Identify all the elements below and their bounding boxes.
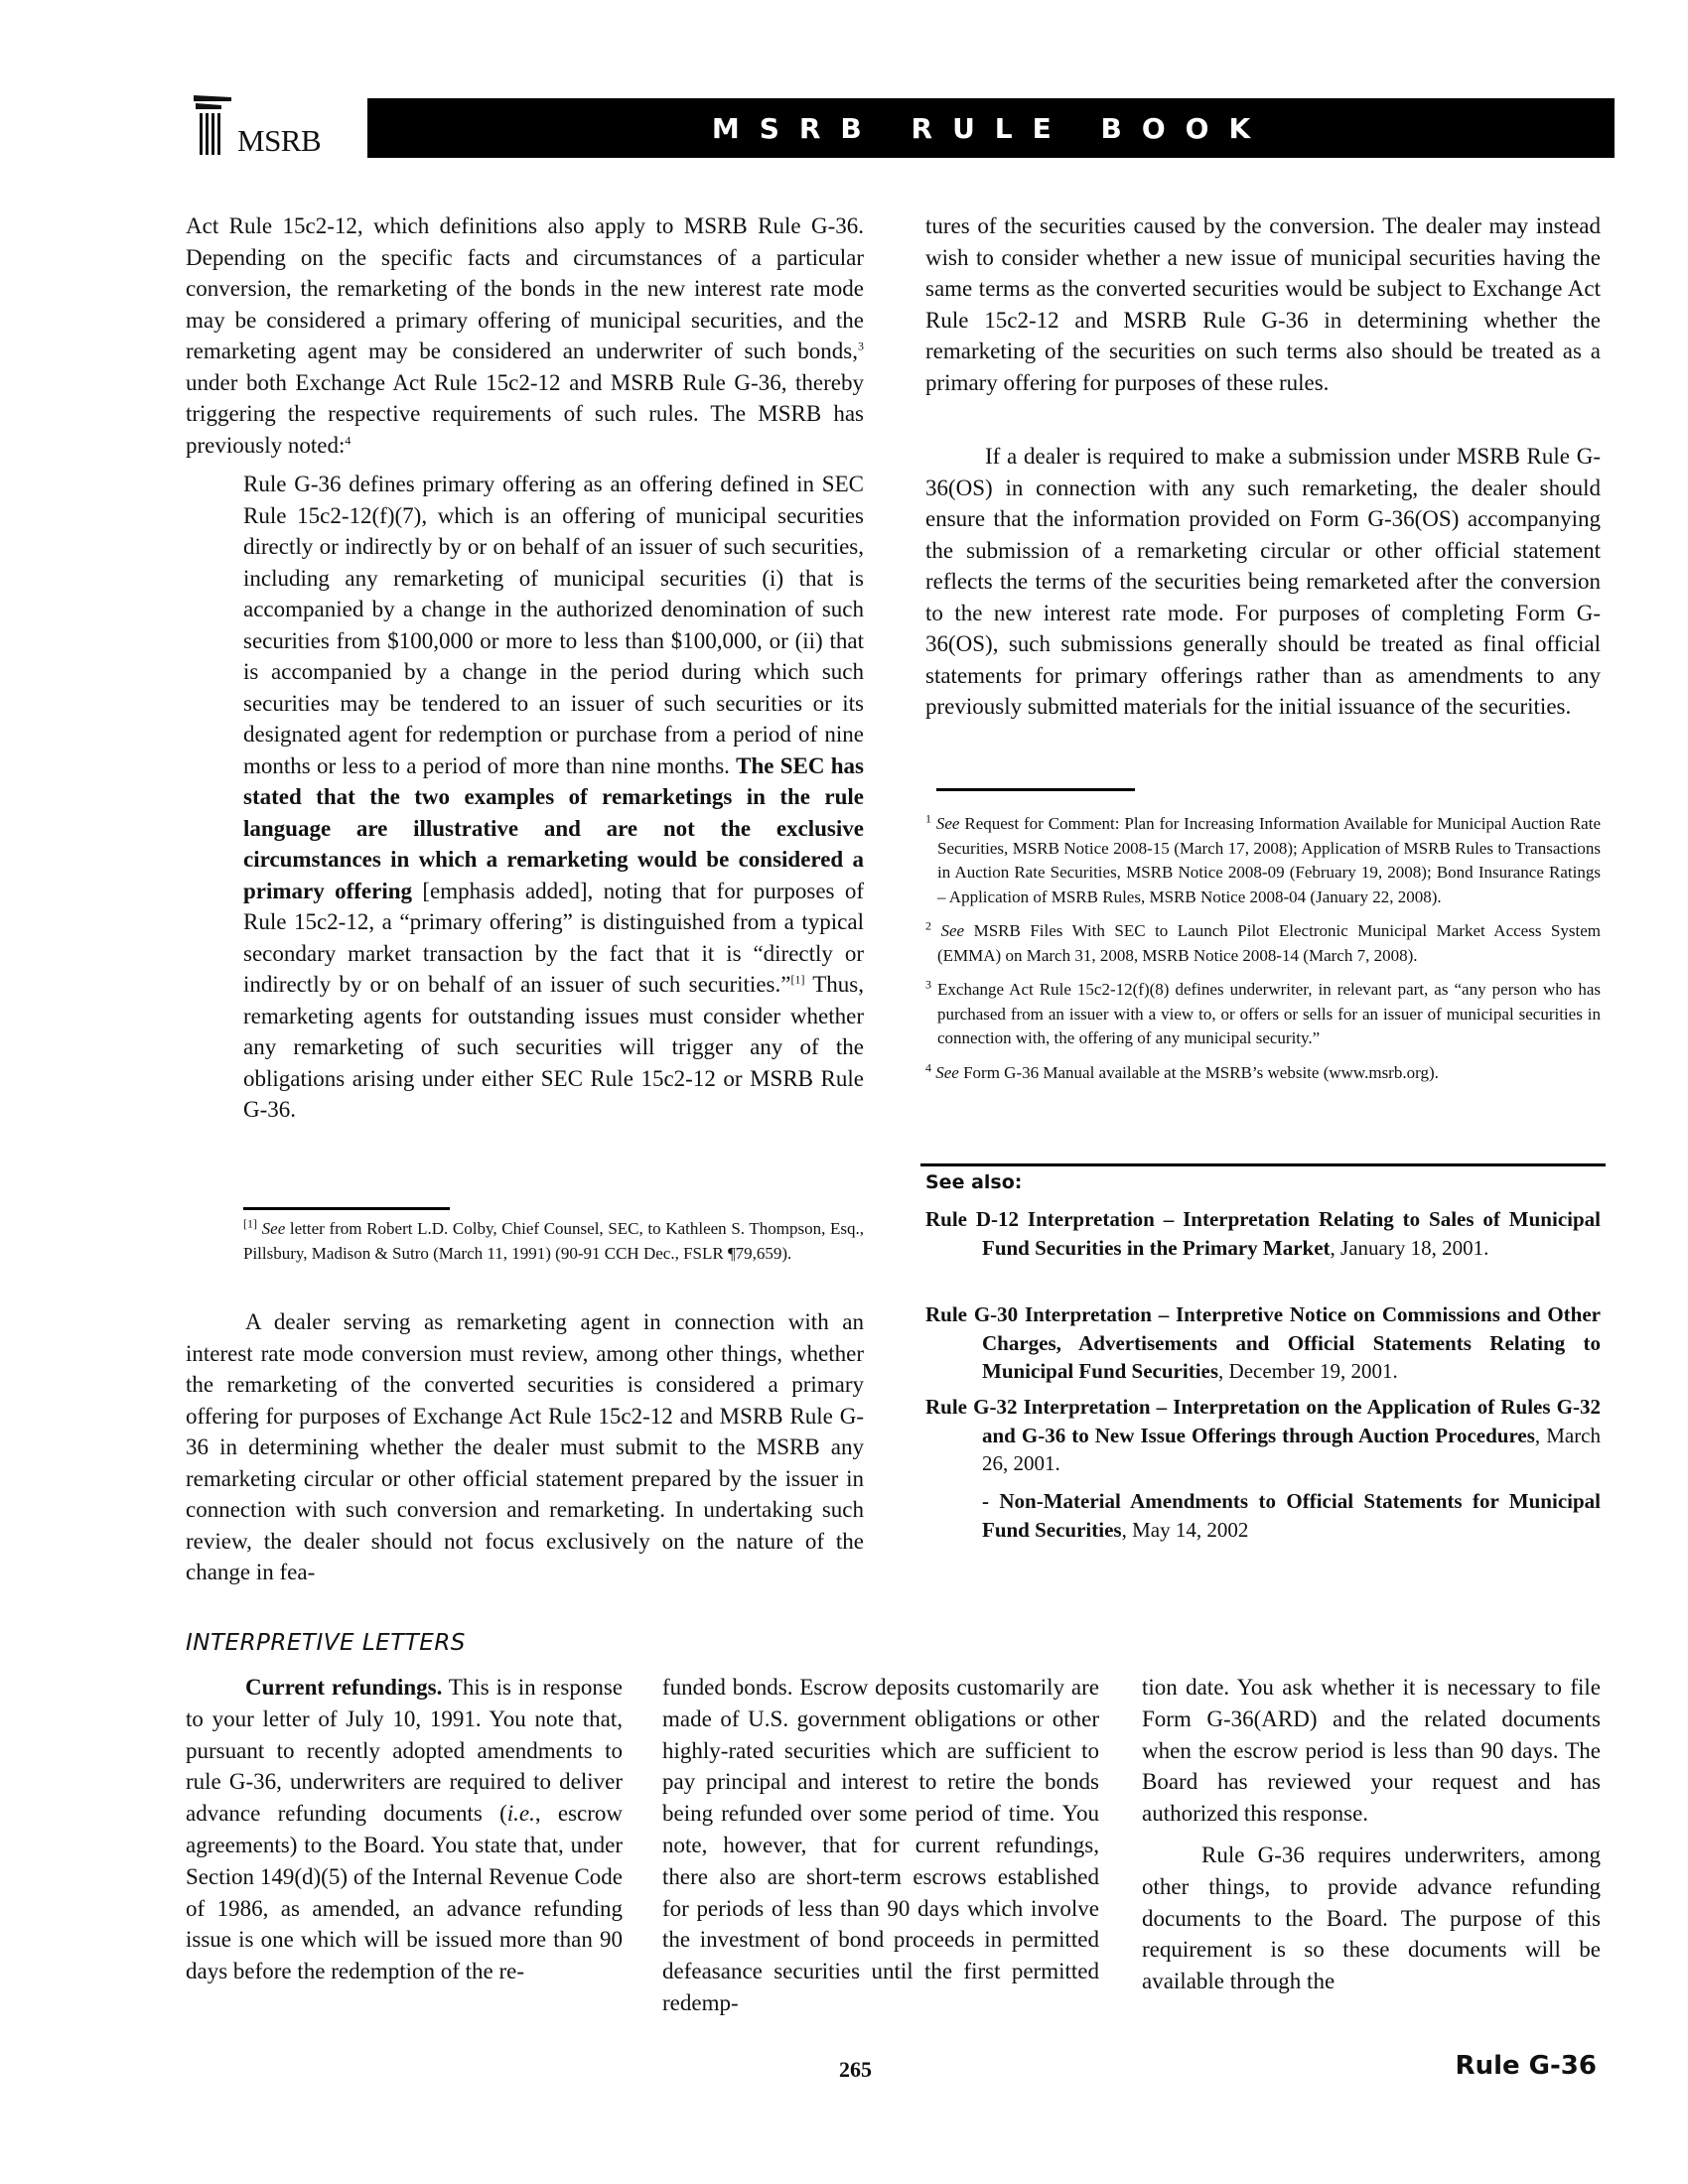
see-also-divider bbox=[920, 1163, 1606, 1166]
footnote-ref[interactable]: 3 bbox=[858, 339, 864, 352]
paragraph-text: A dealer serving as remarketing agent in… bbox=[186, 1306, 864, 1588]
footnote-marker: [1] bbox=[243, 1216, 257, 1230]
left-para-1: Act Rule 15c2-12, which definitions also… bbox=[186, 210, 864, 461]
letter-col-2: funded bonds. Escrow deposits customaril… bbox=[662, 1672, 1099, 2019]
letter-title: Current refundings. bbox=[245, 1675, 442, 1700]
section-heading: INTERPRETIVE LETTERS bbox=[186, 1630, 466, 1656]
footnote-divider bbox=[936, 788, 1135, 791]
footnote-text: Form G-36 Manual available at the MSRB’s… bbox=[959, 1063, 1439, 1082]
paragraph-text: tures of the securities caused by the co… bbox=[925, 210, 1601, 398]
paragraph-text: tion date. You ask whether it is necessa… bbox=[1142, 1672, 1601, 1830]
left-para-2: A dealer serving as remarketing agent in… bbox=[186, 1306, 864, 1588]
footnote-number: 1 bbox=[925, 811, 931, 825]
footnote-1: 1 See Request for Comment: Plan for Incr… bbox=[925, 812, 1601, 909]
msrb-logo: MSRB bbox=[192, 93, 341, 159]
footnote-ref[interactable]: 4 bbox=[345, 433, 351, 447]
see-also-link-d12[interactable]: Rule D-12 Interpretation – Interpretatio… bbox=[925, 1205, 1601, 1262]
see-label: See bbox=[936, 814, 960, 833]
page-number: 265 bbox=[839, 2057, 872, 2083]
logo-text: MSRB bbox=[237, 123, 321, 159]
text: , escrow agreements) to the Board. You s… bbox=[186, 1801, 623, 1983]
banner-title: MSRB RULE BOOK bbox=[712, 112, 1270, 145]
link-date: , December 19, 2001. bbox=[1218, 1359, 1398, 1383]
rule-book-banner: MSRB RULE BOOK bbox=[367, 98, 1615, 158]
footnote-text: MSRB Files With SEC to Launch Pilot Elec… bbox=[937, 921, 1601, 965]
see-label: See bbox=[262, 1219, 286, 1238]
block-quote: Rule G-36 defines primary offering as an… bbox=[243, 469, 864, 1126]
see-also-link-non-material[interactable]: - Non-Material Amendments to Official St… bbox=[982, 1487, 1601, 1544]
link-title[interactable]: Rule G-32 Interpretation – Interpretatio… bbox=[925, 1395, 1601, 1447]
text: i.e. bbox=[507, 1801, 535, 1826]
see-also-link-g32[interactable]: Rule G-32 Interpretation – Interpretatio… bbox=[925, 1393, 1601, 1478]
paragraph-text: funded bonds. Escrow deposits customaril… bbox=[662, 1672, 1099, 2019]
footnote-divider bbox=[243, 1207, 450, 1210]
footnote-text: Request for Comment: Plan for Increasing… bbox=[937, 814, 1601, 906]
see-also-title: See also: bbox=[925, 1171, 1022, 1193]
text: Act Rule 15c2-12, which definitions also… bbox=[186, 213, 864, 363]
rule-label: Rule G-36 bbox=[1456, 2051, 1597, 2081]
footnote-number: 4 bbox=[925, 1060, 931, 1074]
paragraph-text: If a dealer is required to make a submis… bbox=[925, 441, 1601, 723]
see-also-link-g30[interactable]: Rule G-30 Interpretation – Interpretive … bbox=[925, 1300, 1601, 1386]
footnote-3: 3 Exchange Act Rule 15c2-12(f)(8) define… bbox=[925, 978, 1601, 1051]
footnote-2: 2 See MSRB Files With SEC to Launch Pilo… bbox=[925, 919, 1601, 968]
right-para-1: tures of the securities caused by the co… bbox=[925, 210, 1601, 398]
quote-footnote: [1] See letter from Robert L.D. Colby, C… bbox=[243, 1217, 864, 1276]
see-label: See bbox=[935, 1063, 959, 1082]
footnote-number: 2 bbox=[925, 918, 931, 932]
text: under both Exchange Act Rule 15c2-12 and… bbox=[186, 370, 864, 458]
footnote-text: Exchange Act Rule 15c2-12(f)(8) defines … bbox=[931, 980, 1601, 1047]
footnote-text: letter from Robert L.D. Colby, Chief Cou… bbox=[243, 1219, 864, 1263]
paragraph-text: Rule G-36 requires underwriters, among o… bbox=[1142, 1840, 1601, 1997]
footnote-4: 4 See Form G-36 Manual available at the … bbox=[925, 1061, 1601, 1086]
footnote-ref[interactable]: [1] bbox=[790, 972, 804, 986]
link-date: , May 14, 2002 bbox=[1122, 1518, 1249, 1542]
link-date: , January 18, 2001. bbox=[1331, 1236, 1489, 1260]
footnotes: 1 See Request for Comment: Plan for Incr… bbox=[925, 812, 1601, 1095]
letter-col-3: tion date. You ask whether it is necessa… bbox=[1142, 1672, 1601, 1997]
letter-col-1: Current refundings. This is in response … bbox=[186, 1672, 623, 1987]
text: Rule G-36 defines primary offering as an… bbox=[243, 472, 864, 778]
link-title[interactable]: Rule D-12 Interpretation – Interpretatio… bbox=[925, 1207, 1601, 1260]
link-title[interactable]: - Non-Material Amendments to Official St… bbox=[982, 1489, 1601, 1542]
see-label: See bbox=[941, 921, 965, 940]
right-para-2: If a dealer is required to make a submis… bbox=[925, 441, 1601, 723]
